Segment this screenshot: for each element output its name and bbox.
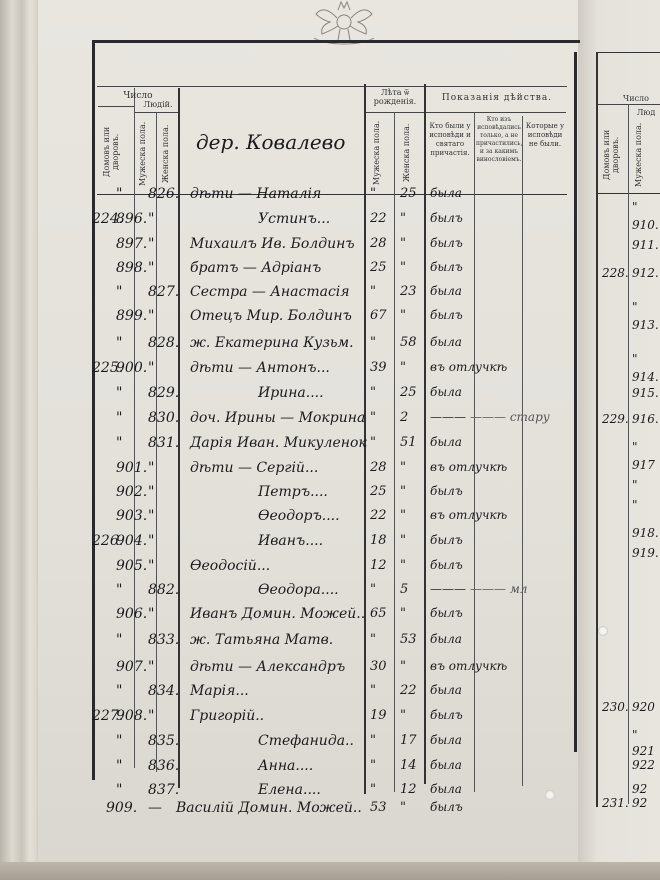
person-name: Өеодосій...: [190, 558, 270, 574]
confession-status: была: [430, 683, 462, 697]
age-male: 22: [370, 211, 387, 226]
rp-male-number: ": [632, 300, 638, 314]
rp-male-number: 917: [632, 458, 655, 472]
person-name: доч. Ирины — Мокрина: [190, 410, 365, 426]
col-sep-confessed: [474, 112, 475, 792]
confession-status: въ отлучкѣ: [430, 460, 507, 474]
rp-male-number: ": [632, 352, 638, 366]
person-name: Петръ....: [258, 484, 328, 500]
header-age-male: Мужеска пола.: [372, 116, 386, 190]
header-age-female: Женска пола.: [402, 116, 416, 190]
female-number: ": [148, 236, 154, 252]
confession-status: была: [430, 632, 462, 646]
person-name: дѣти — Сергій...: [190, 460, 318, 476]
rp-male-number: 92: [632, 782, 647, 796]
confession-status: была: [430, 782, 462, 796]
confession-status: былъ: [430, 260, 463, 274]
confession-status: былъ: [430, 533, 463, 547]
rp-male-number: 910.: [632, 218, 659, 232]
age-male: 28: [370, 236, 387, 251]
age-female: ": [400, 236, 406, 251]
note: ——— стару: [470, 410, 550, 424]
confession-status: въ отлучкѣ: [430, 360, 507, 374]
female-number: ": [148, 460, 154, 476]
confession-status: была: [430, 186, 462, 200]
age-female: 51: [400, 435, 417, 450]
age-female: 12: [400, 782, 417, 797]
age-female: 17: [400, 733, 417, 748]
female-number: 831.: [148, 435, 179, 451]
female-number: ": [148, 606, 154, 622]
age-female: 5: [400, 582, 408, 597]
binding-hole: [598, 626, 608, 636]
age-female: 23: [400, 284, 417, 299]
confession-status: была: [430, 758, 462, 772]
age-male: 18: [370, 533, 387, 548]
age-female: 14: [400, 758, 417, 773]
person-name: Марія...: [190, 683, 249, 699]
age-female: ": [400, 800, 406, 815]
male-number: 905.: [116, 558, 147, 574]
rp-frame-left: [596, 52, 598, 807]
person-name: дѣти — Александръ: [190, 659, 345, 675]
confession-status: былъ: [430, 484, 463, 498]
rp-header-male: Мужеска пола.: [634, 120, 646, 190]
rp-male-number: 918.: [632, 526, 659, 540]
male-number: 901.: [116, 460, 147, 476]
person-name: Өеодоръ....: [258, 508, 340, 524]
rp-household-number: 228.: [602, 266, 629, 280]
age-female: ": [400, 558, 406, 573]
male-number: ": [116, 410, 122, 426]
rp-household-number: 230.: [602, 700, 629, 714]
book-bottom-edge: [0, 862, 660, 880]
male-number: 906.: [116, 606, 147, 622]
person-name: Иванъ....: [258, 533, 323, 549]
age-female: ": [400, 659, 406, 674]
male-number: 897.: [116, 236, 147, 252]
rp-male-number: 916.: [632, 412, 659, 426]
female-number: ": [148, 308, 154, 324]
confession-status: ———: [430, 582, 466, 596]
male-number: ": [116, 632, 122, 648]
rp-male-number: 912.: [632, 266, 659, 280]
header-not-confessed: Которые у исповѣди не были.: [524, 122, 566, 149]
age-female: ": [400, 606, 406, 621]
age-male: ": [370, 758, 376, 773]
person-name: братъ — Адріанъ: [190, 260, 321, 276]
person-name: ж. Екатерина Кузьм.: [190, 335, 354, 351]
person-name: Устинъ...: [258, 211, 330, 227]
person-name: дѣти — Наталія: [190, 186, 321, 202]
rp-male-number: ": [632, 200, 638, 214]
female-number: ": [148, 558, 154, 574]
confession-status: была: [430, 435, 462, 449]
confession-status: былъ: [430, 800, 463, 814]
rp-male-number: ": [632, 478, 638, 492]
rp-header-number: Число: [612, 94, 660, 103]
rp-header-rule: [598, 104, 660, 105]
rp-male-number: ": [632, 440, 638, 454]
remarks-subrule: [426, 112, 566, 113]
age-male: ": [370, 410, 376, 425]
age-female: ": [400, 708, 406, 723]
binding-hole: [545, 790, 555, 800]
female-number: 828.: [148, 335, 179, 351]
female-number: ": [148, 533, 154, 549]
note: ——— мл: [470, 582, 527, 596]
age-male: ": [370, 782, 376, 797]
confession-status: былъ: [430, 236, 463, 250]
male-number: 907.: [116, 659, 147, 675]
rp-frame-top: [598, 52, 660, 53]
age-male: 30: [370, 659, 387, 674]
male-number: ": [116, 335, 122, 351]
male-number: ": [116, 733, 122, 749]
confession-status: ———: [430, 410, 466, 424]
confession-status: была: [430, 385, 462, 399]
header-persons: Людій.: [140, 100, 176, 109]
header-male-persons: Мужеска пола.: [138, 118, 152, 190]
table-frame-top: [94, 40, 580, 43]
male-number: ": [116, 782, 122, 798]
person-name: дѣти — Антонъ...: [190, 360, 330, 376]
person-name: Михаилъ Ив. Болдинъ: [190, 236, 355, 252]
header-female-persons: Женска пола.: [161, 118, 175, 190]
age-male: ": [370, 435, 376, 450]
female-number: 833.: [148, 632, 179, 648]
age-female: 22: [400, 683, 417, 698]
female-number: 834.: [148, 683, 179, 699]
person-name: Елена....: [258, 782, 321, 798]
rp-col-sep: [628, 104, 629, 804]
confession-status: былъ: [430, 211, 463, 225]
male-number: ": [116, 683, 122, 699]
male-number: 898.: [116, 260, 147, 276]
age-female: ": [400, 308, 406, 323]
confession-status: была: [430, 335, 462, 349]
rp-household-number: 231.: [602, 796, 629, 810]
male-number: ": [116, 186, 122, 202]
header-confessed-only: Кто изъ исповѣдались только, а не причас…: [476, 116, 522, 164]
age-female: 25: [400, 385, 417, 400]
female-number: 835.: [148, 733, 179, 749]
rp-male-number: 919.: [632, 546, 659, 560]
male-number: 902.: [116, 484, 147, 500]
confession-status: былъ: [430, 708, 463, 722]
age-male: ": [370, 284, 376, 299]
male-number: ": [116, 435, 122, 451]
female-number: ": [148, 211, 154, 227]
female-number: ": [148, 659, 154, 675]
header-households: Домовъ или дворовъ.: [102, 114, 130, 190]
age-male: ": [370, 582, 376, 597]
male-number: 909.: [106, 800, 137, 816]
female-number: 827.: [148, 284, 179, 300]
age-male: 25: [370, 484, 387, 499]
male-number: ": [116, 284, 122, 300]
female-number: ": [148, 708, 154, 724]
person-name: Григорій..: [190, 708, 264, 724]
male-number: 903.: [116, 508, 147, 524]
person-name: Ирина....: [258, 385, 324, 401]
age-male: 28: [370, 460, 387, 475]
female-number: ": [148, 508, 154, 524]
rp-male-number: 922: [632, 758, 655, 772]
male-number: ": [116, 582, 122, 598]
age-male: ": [370, 186, 376, 201]
male-number: 904.: [116, 533, 147, 549]
person-name: Иванъ Домин. Можей..: [190, 606, 365, 622]
female-number: —: [148, 800, 162, 816]
age-male: ": [370, 632, 376, 647]
age-male: ": [370, 335, 376, 350]
age-male: 25: [370, 260, 387, 275]
age-male: 53: [370, 800, 387, 815]
female-number: 830.: [148, 410, 179, 426]
rp-header-persons: Люд: [632, 108, 660, 117]
rp-male-number: ": [632, 728, 638, 742]
female-number: 837.: [148, 782, 179, 798]
header-age: Лѣта ѿ рожденія.: [366, 88, 424, 106]
female-number: 836.: [148, 758, 179, 774]
table-frame-left: [92, 40, 95, 780]
age-female: ": [400, 260, 406, 275]
confession-status: была: [430, 284, 462, 298]
person-name: ж. Татьяна Матв.: [190, 632, 333, 648]
female-number: 882.: [148, 582, 179, 598]
age-female: ": [400, 508, 406, 523]
person-name: Дарія Иван. Микуленок: [190, 435, 367, 451]
rp-male-number: 915.: [632, 386, 659, 400]
age-female: ": [400, 484, 406, 499]
header-rule: [97, 86, 567, 87]
age-male: 39: [370, 360, 387, 375]
male-number: 896.: [116, 211, 147, 227]
age-female: ": [400, 533, 406, 548]
female-number: 829.: [148, 385, 179, 401]
confession-status: въ отлучкѣ: [430, 659, 507, 673]
age-female: ": [400, 460, 406, 475]
confession-status: была: [430, 733, 462, 747]
header-confessed: Кто были у исповѣди и святаго причастія.: [426, 122, 474, 158]
confession-status: былъ: [430, 558, 463, 572]
male-number: 908.: [116, 708, 147, 724]
rp-male-number: 920: [632, 700, 655, 714]
person-name: Өеодора....: [258, 582, 339, 598]
female-number: ": [148, 484, 154, 500]
age-female: ": [400, 360, 406, 375]
number-subrule: [98, 106, 134, 107]
rp-male-number: 921: [632, 744, 655, 758]
table-frame-right: [574, 52, 577, 752]
age-male: ": [370, 733, 376, 748]
confession-status: былъ: [430, 606, 463, 620]
col-sep-confessed-only: [522, 116, 523, 786]
age-female: 2: [400, 410, 408, 425]
person-name: Отецъ Мир. Болдинъ: [190, 308, 352, 324]
male-number: 899.: [116, 308, 147, 324]
age-male: 12: [370, 558, 387, 573]
age-female: ": [400, 211, 406, 226]
male-number: ": [116, 385, 122, 401]
rp-male-number: 913.: [632, 318, 659, 332]
rp-male-number: 911.: [632, 238, 659, 252]
rp-header-bottom: [598, 193, 660, 194]
col-sep-age: [424, 84, 426, 784]
person-name: Анна....: [258, 758, 313, 774]
age-female: 58: [400, 335, 417, 350]
book-edge: [0, 0, 40, 880]
confession-status: былъ: [430, 308, 463, 322]
rp-household-number: 229.: [602, 412, 629, 426]
female-number: ": [148, 360, 154, 376]
age-female: 53: [400, 632, 417, 647]
age-subrule: [366, 112, 424, 113]
header-remarks: Показанія дѣйства.: [428, 94, 566, 103]
village-heading: дер. Ковалево: [196, 130, 345, 154]
person-name: Стефанида..: [258, 733, 354, 749]
confession-status: въ отлучкѣ: [430, 508, 507, 522]
age-female: 25: [400, 186, 417, 201]
age-male: 22: [370, 508, 387, 523]
rp-male-number: ": [632, 498, 638, 512]
rp-male-number: 914.: [632, 370, 659, 384]
male-number: ": [116, 758, 122, 774]
age-male: ": [370, 385, 376, 400]
col-sep-age-male: [394, 112, 395, 792]
person-name: Василій Домин. Можей..: [176, 800, 362, 816]
age-male: 67: [370, 308, 387, 323]
age-male: 65: [370, 606, 387, 621]
age-male: 19: [370, 708, 387, 723]
female-number: ": [148, 260, 154, 276]
female-number: 826.: [148, 186, 179, 202]
person-name: Сестра — Анастасія: [190, 284, 350, 300]
rp-header-households: Домовъ или дворовъ.: [602, 120, 624, 190]
male-number: 900.: [116, 360, 147, 376]
age-male: ": [370, 683, 376, 698]
rp-male-number: 92: [632, 796, 647, 810]
